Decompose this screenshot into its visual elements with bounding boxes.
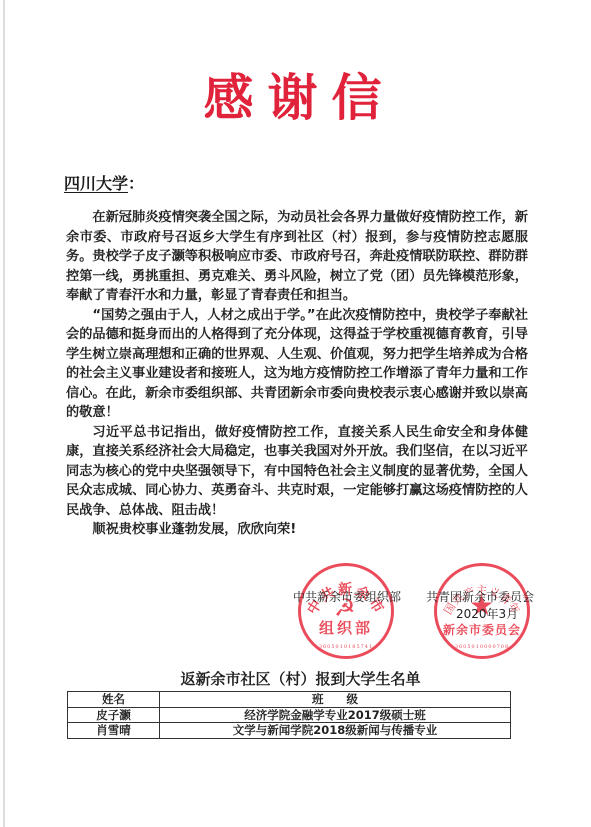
cell-name: 皮子灏	[68, 707, 160, 723]
cell-class: 文学与新闻学院2018级新闻与传播专业	[160, 723, 511, 739]
official-seal-organization-dept: 中共新余市 ☭ 组织部 3605010185741	[298, 563, 394, 659]
signer-organization-dept: 中共新余市委组织部	[293, 590, 401, 605]
seal-bottom-text: 组织部	[301, 617, 391, 638]
cell-class: 经济学院金融学专业2017级硕士班	[160, 707, 511, 723]
letter-title: 感谢信	[0, 70, 591, 126]
seal-serial: 3605010185741	[301, 644, 391, 650]
table-row: 皮子灏 经济学院金融学专业2017级硕士班	[68, 707, 511, 723]
letter-body: 在新冠肺炎疫情突袭全国之际，为动员社会各界力量做好疫情防控工作，新余市委、市政府…	[66, 208, 528, 540]
recipient-colon: ：	[128, 174, 144, 193]
table-header-row: 姓名 班 级	[68, 692, 511, 708]
header-class: 班 级	[160, 692, 511, 708]
salutation: 四川大学：	[64, 174, 144, 194]
seal-serial: 3605010000708	[437, 644, 527, 650]
signer-youth-league: 共青团新余市委员会	[426, 590, 534, 605]
paragraph: 习近平总书记指出，做好疫情防控工作，直接关系人民生命安全和身体健康，直接关系经济…	[66, 423, 528, 521]
cell-name: 肖雪晴	[68, 723, 160, 739]
roster-table: 姓名 班 级 皮子灏 经济学院金融学专业2017级硕士班 肖雪晴 文学与新闻学院…	[67, 691, 511, 739]
roster-title: 返新余市社区（村）报到大学生名单	[0, 668, 591, 689]
header-name: 姓名	[68, 692, 160, 708]
letter-date: 2020年3月	[456, 605, 518, 622]
table-row: 肖雪晴 文学与新闻学院2018级新闻与传播专业	[68, 723, 511, 739]
paragraph: 在新冠肺炎疫情突袭全国之际，为动员社会各界力量做好疫情防控工作，新余市委、市政府…	[66, 208, 528, 306]
seal-bottom-text: 新余市委员会	[437, 621, 527, 638]
paragraph: “国势之强由于人，人材之成出于学。”在此次疫情防控中，贵校学子奉献社会的品德和挺…	[66, 306, 528, 423]
paragraph: 顺祝贵校事业蓬勃发展，欣欣向荣!	[66, 520, 528, 540]
recipient-name: 四川大学	[64, 174, 128, 193]
